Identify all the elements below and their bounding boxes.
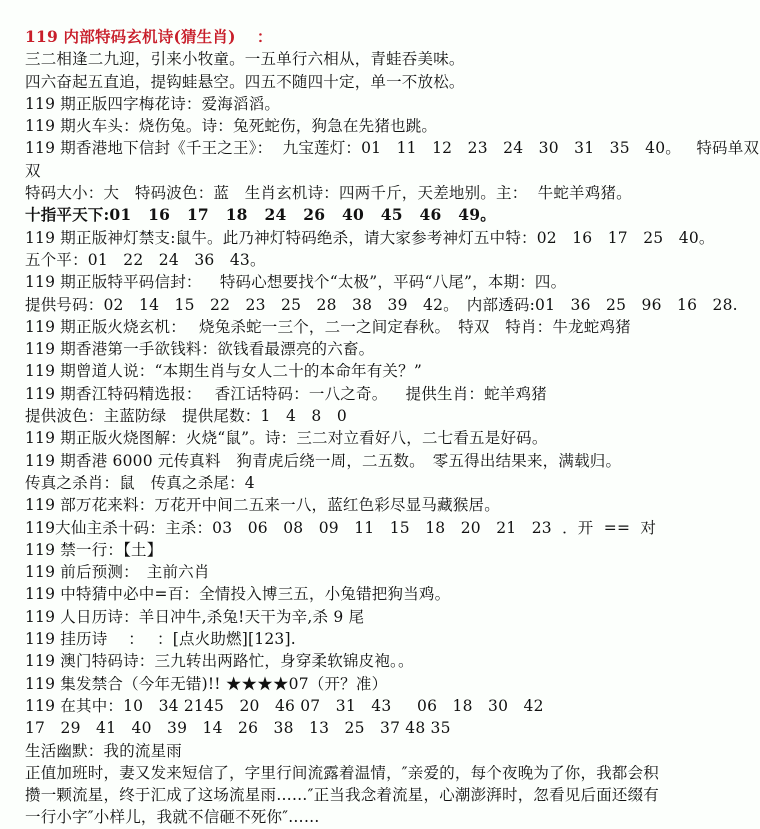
prediction-line: 119 前后预测： 主前六肖 — [25, 561, 755, 583]
humor-heading: 生活幽默：我的流星雨 — [25, 740, 755, 762]
macau-poem-line: 119 澳门特码诗：三九转出两路忙，身穿柔软锦皮袍。。 — [25, 650, 755, 672]
plum-blossom-poem: 119 期正版四字梅花诗：爱海滔滔。 — [25, 93, 755, 115]
jifa-ban-line: 119 集发禁合（今年无错)!! ★★★★07（开？准） — [25, 673, 755, 695]
numbers-line: 17 29 41 40 39 14 26 38 13 25 37 48 35 — [25, 717, 755, 739]
fax-material-line: 119 期香港 6000 元传真料 狗青虎后绕一周，二五数。 零五得出结果来，满… — [25, 450, 755, 472]
fire-mystery-line: 119 期正版火烧玄机： 烧兔杀蛇一三个，二一之间定春秋。 特双 特肖：牛龙蛇鸡… — [25, 316, 755, 338]
xiangjiang-report-line: 119 期香江特码精选报： 香江话特码：一八之奇。 提供生肖：蛇羊鸡猪 — [25, 383, 755, 405]
wanhua-line: 119 部万花来料：万花开中间二五来一八，蓝红色彩尽显马藏猴居。 — [25, 494, 755, 516]
size-color-line: 特码大小：大 特码波色：蓝 生肖玄机诗：四两千斤，天差地别。主： 牛蛇羊鸡猪。 — [25, 182, 755, 204]
fax-kill-line: 传真之杀肖：鼠 传真之杀尾：4 — [25, 472, 755, 494]
poem-line-1: 三二相逢二九迎，引来小牧童。一五单行六相从，青蛙吞美味。 — [25, 48, 755, 70]
humor-paragraph-2: 攒一颗流星，终于汇成了这场流星雨……″正当我念着流星，心潮澎湃时，忽看见后面还缀… — [25, 784, 755, 792]
flat-code-envelope-line: 119 期正版特平码信封： 特码心想要找个“太极”，平码“八尾”，本期：四。 — [25, 271, 755, 293]
hk-first-hand-line: 119 期香港第一手欲钱料：欲钱看最漂亮的六畜。 — [25, 338, 755, 360]
five-flat-line: 五个平：01 22 24 36 43。 — [25, 249, 755, 271]
train-head-line: 119 期火车头：烧伤兔。诗：兔死蛇伤，狗急在先猪也跳。 — [25, 115, 755, 137]
underground-envelope-line: 119 期香港地下信封《千王之王》： 九宝莲灯：01 11 12 23 24 3… — [25, 137, 755, 159]
document-page: 119 内部特码玄机诗(猜生肖) ： 三二相逢二九迎，引来小牧童。一五单行六相从… — [25, 26, 755, 792]
wave-color-tail-line: 提供波色：主蓝防绿 提供尾数：1 4 8 0 — [25, 405, 755, 427]
poem-line-2: 四六奋起五直追，提钩蛙悬空。四五不随四十定，单一不放松。 — [25, 71, 755, 93]
immortal-kill-line: 119大仙主杀十码：主杀：03 06 08 09 11 15 18 20 21 … — [25, 517, 755, 539]
guess-hit-line: 119 中特猜中必中=百：全情投入博三五，小兔错把狗当鸡。 — [25, 583, 755, 605]
calendar-poem-line: 119 挂历诗 ： ：[点火助燃][123]. — [25, 628, 755, 650]
page-title: 119 内部特码玄机诗(猜生肖) ： — [25, 26, 755, 48]
humor-paragraph-1: 正值加班时，妻又发来短信了，字里行间流露着温情，″亲爱的，每个夜晚为了你，我都会… — [25, 762, 755, 784]
provided-numbers-line: 提供号码：02 14 15 22 23 25 28 38 39 42。 内部透码… — [25, 294, 755, 316]
human-day-line: 119 人日历诗：羊日冲牛,杀兔!天干为辛,杀 9 尾 — [25, 606, 755, 628]
zeng-daoren-line: 119 期曾道人说：“本期生肖与女人二十的本命年有关？” — [25, 360, 755, 382]
fire-diagram-line: 119 期正版火烧图解：火烧“鼠”。诗：三二对立看好八，二七看五是好码。 — [25, 427, 755, 449]
among-them-line: 119 在其中：10 34 2145 20 46 07 31 43 06 18 … — [25, 695, 755, 717]
ten-fingers-line: 十指平天下:01 16 17 18 24 26 40 45 46 49。 — [25, 204, 755, 226]
ban-row-line: 119 禁一行：【土】 — [25, 539, 755, 561]
odd-even-value: 双 — [25, 160, 755, 182]
lamp-ban-line: 119 期正版神灯禁支:鼠牛。此乃神灯特码绝杀，请大家参考神灯五中特：02 16… — [25, 227, 755, 249]
